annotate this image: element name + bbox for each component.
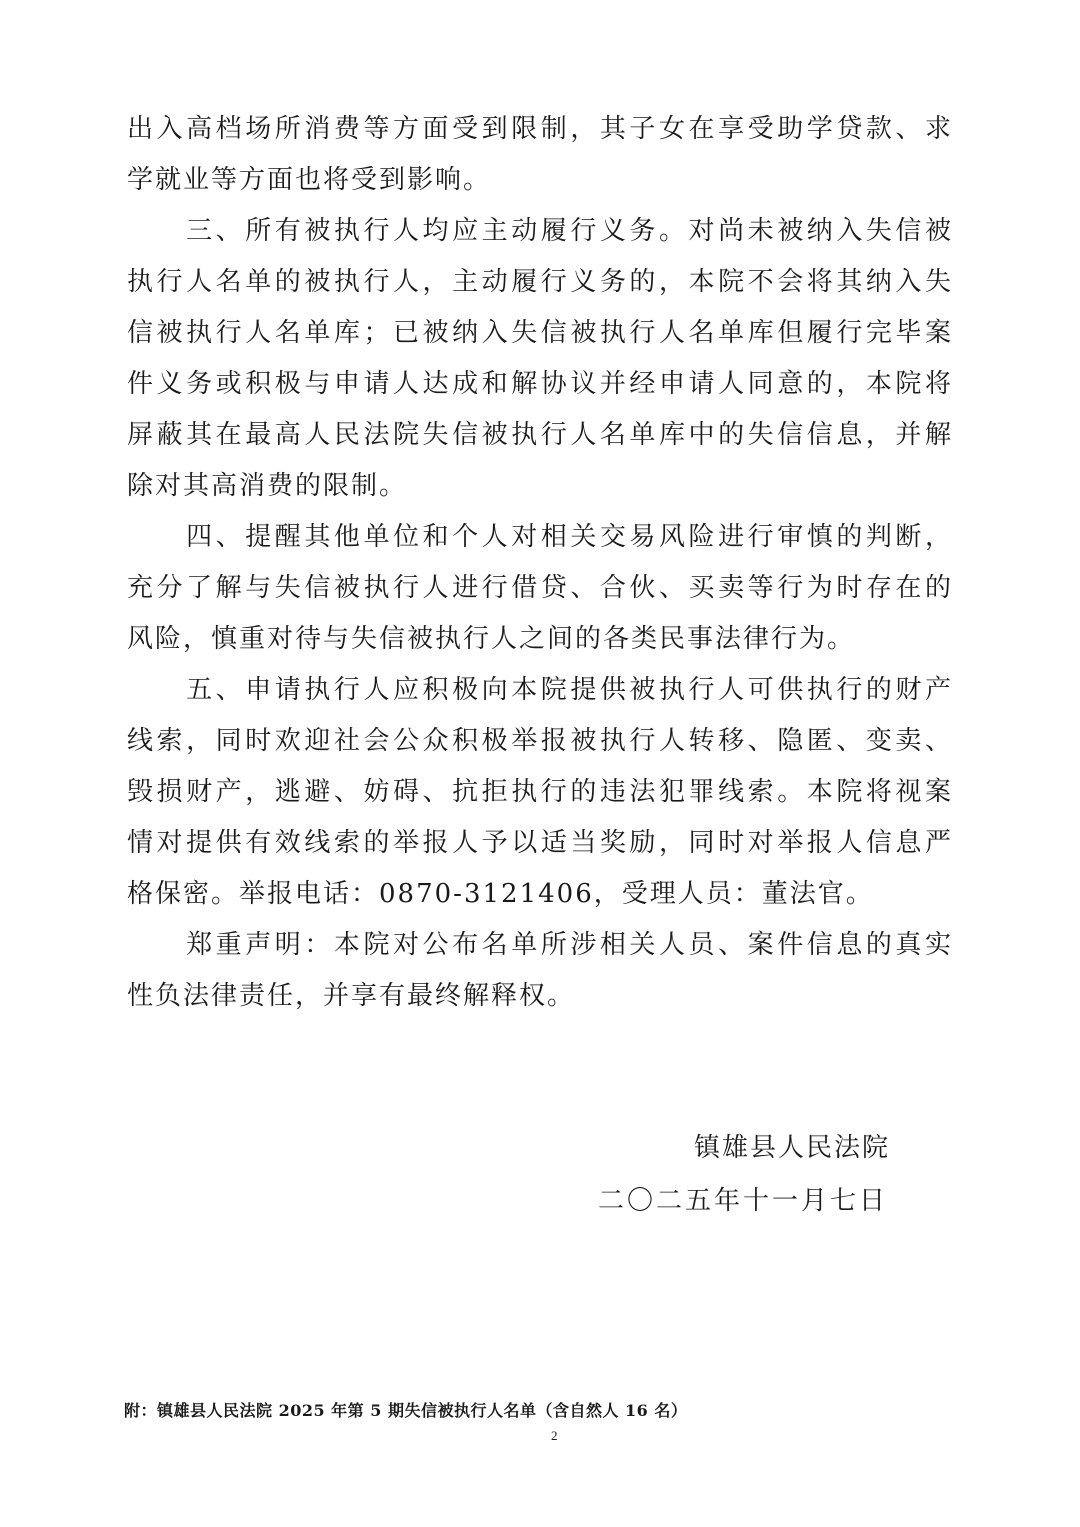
- page-number: 2: [551, 1428, 558, 1444]
- text-line: 除对其高消费的限制。: [127, 461, 953, 512]
- paragraph-section-4: 四、提醒其他单位和个人对相关交易风险进行审慎的判断， 充分了解与失信被执行人进行…: [127, 512, 953, 665]
- text-line: 情对提供有效线索的举报人予以适当奖励，同时对举报人信息严: [127, 818, 953, 869]
- text-line: 性负法律责任，并享有最终解释权。: [127, 971, 953, 1022]
- contact-line: 格保密。举报电话：0870-3121406，受理人员：董法官。: [127, 869, 953, 920]
- attachment-footnote: 附：镇雄县人民法院 2025 年第 5 期失信被执行人名单（含自然人 16 名）: [124, 1398, 687, 1421]
- paragraph-declaration: 郑重声明：本院对公布名单所涉相关人员、案件信息的真实 性负法律责任，并享有最终解…: [127, 920, 953, 1022]
- paragraph-section-5: 五、申请执行人应积极向本院提供被执行人可供执行的财产 线索，同时欢迎社会公众积极…: [127, 665, 953, 920]
- document-body: 出入高档场所消费等方面受到限制，其子女在享受助学贷款、求 学就业等方面也将受到影…: [127, 104, 953, 1022]
- text-line: 件义务或积极与申请人达成和解协议并经申请人同意的，本院将: [127, 359, 953, 410]
- document-page: 出入高档场所消费等方面受到限制，其子女在享受助学贷款、求 学就业等方面也将受到影…: [0, 0, 1080, 1527]
- issue-date: 二〇二五年十一月七日: [598, 1175, 888, 1228]
- text-line: 郑重声明：本院对公布名单所涉相关人员、案件信息的真实: [127, 920, 953, 971]
- text-line: 三、所有被执行人均应主动履行义务。对尚未被纳入失信被: [127, 206, 953, 257]
- issuer-name: 镇雄县人民法院: [598, 1122, 890, 1175]
- text-line: 充分了解与失信被执行人进行借贷、合伙、买卖等行为时存在的: [127, 563, 953, 614]
- text-line: 学就业等方面也将受到影响。: [127, 155, 953, 206]
- text-line: 出入高档场所消费等方面受到限制，其子女在享受助学贷款、求: [127, 104, 953, 155]
- text-line: 四、提醒其他单位和个人对相关交易风险进行审慎的判断，: [127, 512, 953, 563]
- text-line: 五、申请执行人应积极向本院提供被执行人可供执行的财产: [127, 665, 953, 716]
- text-line: 屏蔽其在最高人民法院失信被执行人名单库中的失信信息，并解: [127, 410, 953, 461]
- text-line: 执行人名单的被执行人，主动履行义务的，本院不会将其纳入失: [127, 257, 953, 308]
- text-line: 毁损财产，逃避、妨碍、抗拒执行的违法犯罪线索。本院将视案: [127, 767, 953, 818]
- text-line: 线索，同时欢迎社会公众积极举报被执行人转移、隐匿、变卖、: [127, 716, 953, 767]
- paragraph-continuation: 出入高档场所消费等方面受到限制，其子女在享受助学贷款、求 学就业等方面也将受到影…: [127, 104, 953, 206]
- paragraph-section-3: 三、所有被执行人均应主动履行义务。对尚未被纳入失信被 执行人名单的被执行人，主动…: [127, 206, 953, 512]
- signature-block: 镇雄县人民法院 二〇二五年十一月七日: [598, 1122, 890, 1228]
- text-line: 风险，慎重对待与失信被执行人之间的各类民事法律行为。: [127, 614, 953, 665]
- text-line: 信被执行人名单库；已被纳入失信被执行人名单库但履行完毕案: [127, 308, 953, 359]
